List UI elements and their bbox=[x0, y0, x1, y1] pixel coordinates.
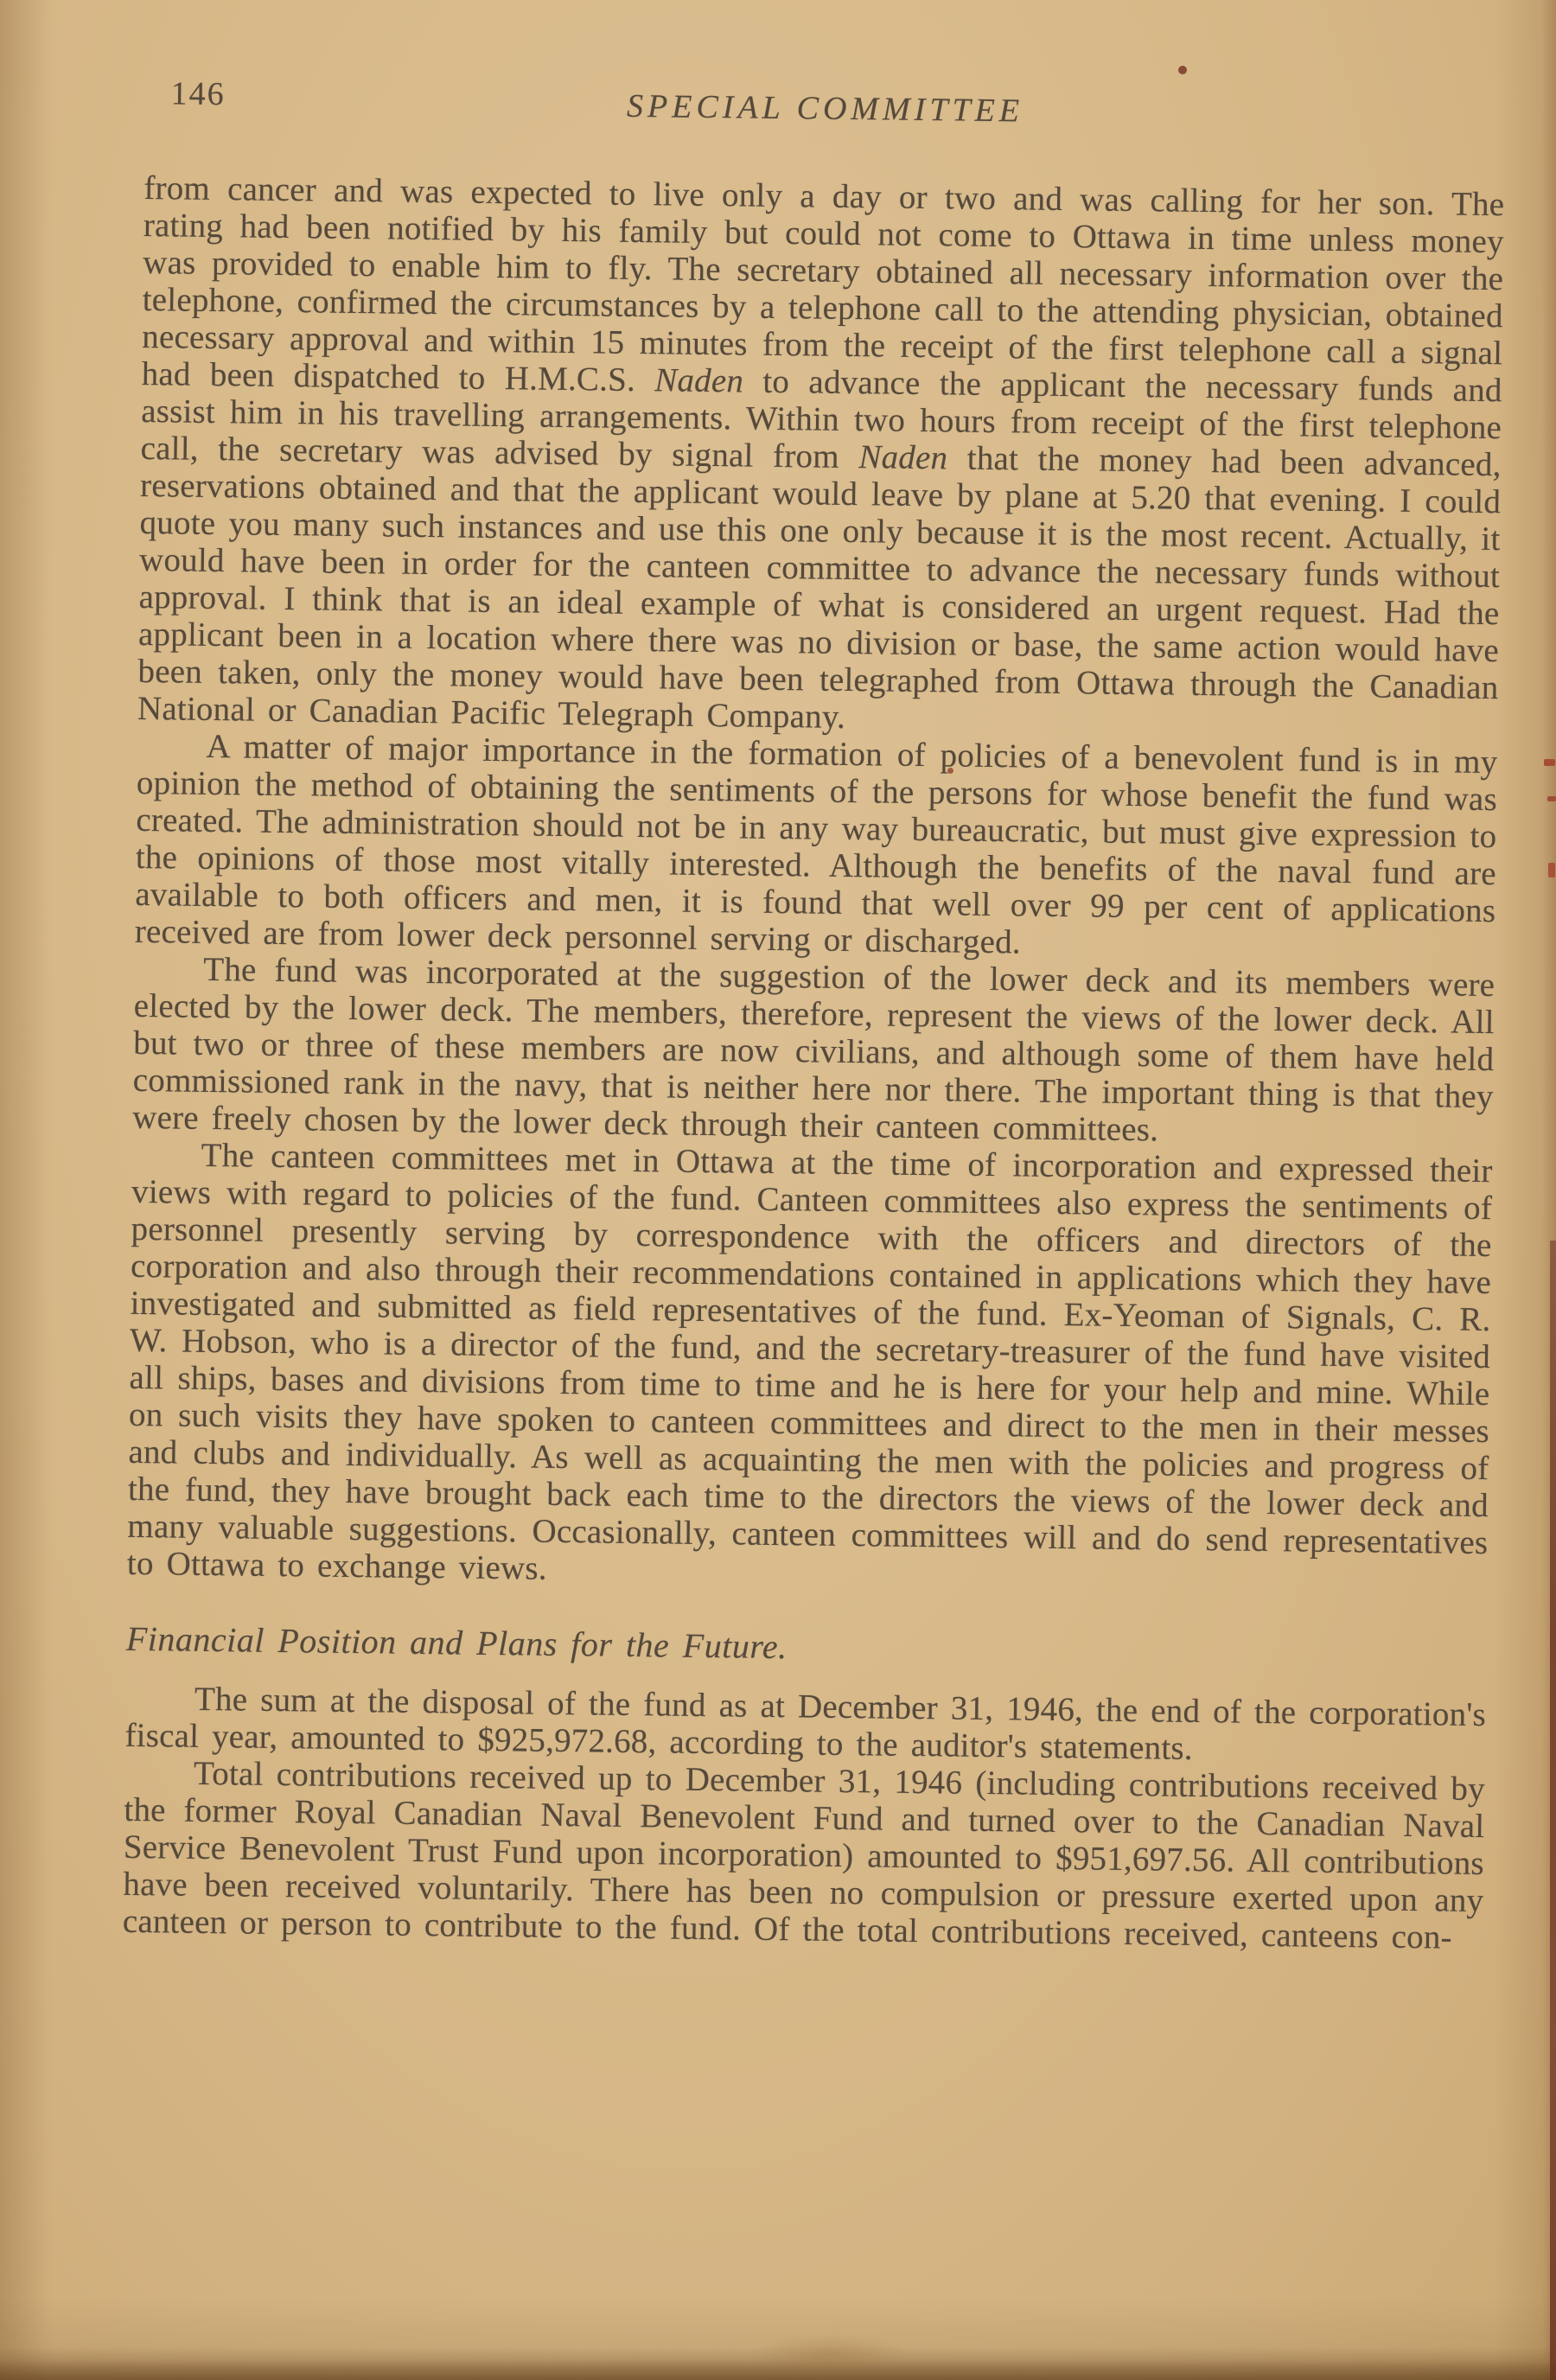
section-heading: Financial Position and Plans for the Fut… bbox=[126, 1620, 1487, 1674]
paragraph-6: Total contributions received up to Decem… bbox=[123, 1754, 1486, 1956]
book-spine-edge bbox=[1550, 1241, 1556, 2380]
red-edge-mark bbox=[1544, 759, 1555, 766]
red-edge-mark bbox=[1547, 796, 1556, 801]
page-left-edge-shading bbox=[0, 0, 48, 2380]
page-header: 146 SPECIAL COMMITTEE bbox=[144, 73, 1506, 177]
paragraph-1: from cancer and was expected to live onl… bbox=[137, 169, 1505, 743]
paragraph-2: A matter of major importance in the form… bbox=[135, 727, 1498, 967]
page-content: 146 SPECIAL COMMITTEE from cancer and wa… bbox=[123, 73, 1506, 1956]
ink-spot bbox=[1178, 66, 1187, 74]
red-edge-mark bbox=[1548, 863, 1555, 877]
body-text: from cancer and was expected to live onl… bbox=[123, 169, 1505, 1956]
scan-smudge bbox=[752, 2333, 908, 2375]
paragraph-4: The canteen committees met in Ottawa at … bbox=[127, 1136, 1493, 1598]
scanned-book-page: 146 SPECIAL COMMITTEE from cancer and wa… bbox=[0, 0, 1556, 2380]
paragraph-3: The fund was incorporated at the suggest… bbox=[132, 950, 1495, 1152]
running-header: SPECIAL COMMITTEE bbox=[144, 81, 1505, 136]
